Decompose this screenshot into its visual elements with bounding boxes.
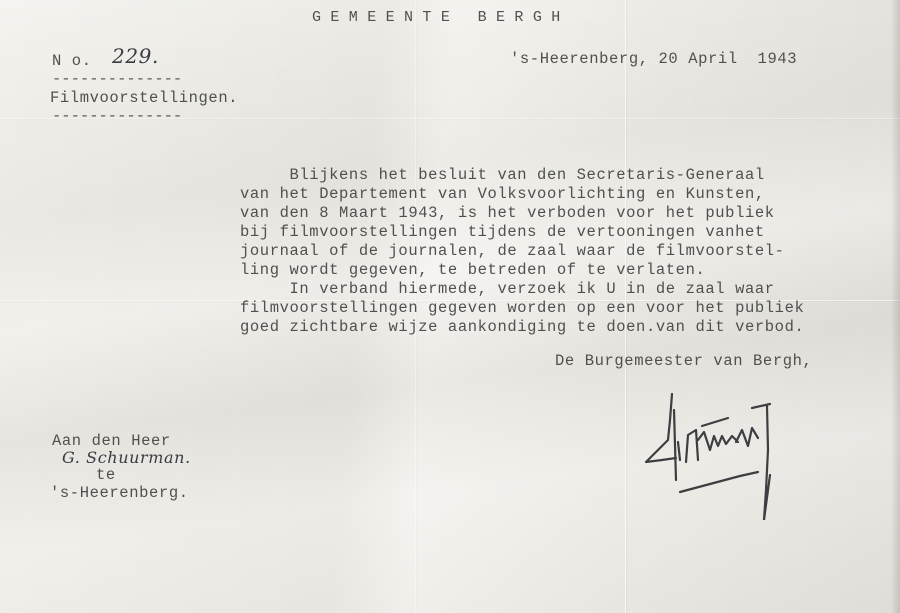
addressee-place: 's-Heerenberg. bbox=[50, 484, 189, 503]
body-line: journaal of de journalen, de zaal waar d… bbox=[240, 242, 785, 261]
body-line: van den 8 Maart 1943, is het verboden vo… bbox=[240, 204, 775, 223]
reference-number-handwritten: 229. bbox=[112, 47, 159, 66]
reference-number-label: N o. bbox=[52, 52, 92, 71]
dateline: 's-Heerenberg, 20 April 1943 bbox=[510, 50, 797, 69]
signature-mark bbox=[640, 380, 800, 520]
closing-line: De Burgemeester van Bergh, bbox=[555, 352, 812, 371]
addressee-name-handwritten: G. Schuurman. bbox=[62, 448, 191, 467]
paper-edge bbox=[892, 0, 900, 613]
reference-separator: -------------- bbox=[52, 70, 182, 89]
body-line: filmvoorstellingen gegeven worden op een… bbox=[240, 299, 804, 318]
body-line: goed zichtbare wijze aankondiging te doe… bbox=[240, 318, 804, 337]
addressee-te: te bbox=[96, 466, 116, 485]
body-line: Blijkens het besluit van den Secretaris-… bbox=[240, 166, 765, 185]
body-line: bij filmvoorstellingen tijdens de vertoo… bbox=[240, 223, 765, 242]
signature-icon bbox=[640, 380, 800, 520]
subject-separator: -------------- bbox=[52, 107, 182, 126]
letterhead-municipality: G E M E E N T E B E R G H bbox=[312, 8, 560, 27]
body-line: van het Departement van Volksvoorlichtin… bbox=[240, 185, 765, 204]
body-line: In verband hiermede, verzoek ik U in de … bbox=[240, 280, 775, 299]
subject-line: Filmvoorstellingen. bbox=[50, 89, 238, 108]
body-line: ling wordt gegeven, te betreden of te ve… bbox=[240, 261, 705, 280]
